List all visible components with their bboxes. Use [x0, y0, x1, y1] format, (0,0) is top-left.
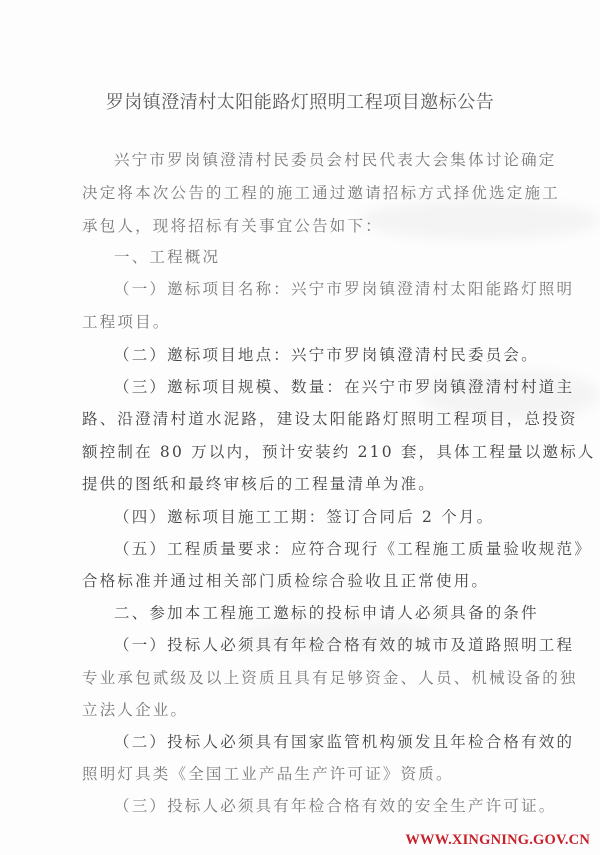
document-title: 罗岗镇澄清村太阳能路灯照明工程项目邀标公告 [0, 88, 600, 114]
paragraph-line: （三）投标人必须具有年检合格有效的安全生产许可证。 [114, 794, 600, 816]
paragraph-line: 专业承包贰级及以上资质且具有足够资金、人员、机械设备的独 [82, 666, 572, 688]
paragraph-line: （四）邀标项目施工工期：签订合同后 2 个月。 [114, 505, 600, 527]
paragraph-line: 路、沿澄清村道水泥路，建设太阳能路灯照明工程项目，总投资 [82, 407, 572, 429]
paragraph-line: 立法人企业。 [82, 698, 572, 720]
section-heading: 一、工程概况 [114, 245, 600, 267]
paragraph-line: （五）工程质量要求：应符合现行《工程施工质量验收规范》 [114, 537, 600, 559]
paragraph-line: 额控制在 80 万以内，预计安装约 210 套，具体工程量以邀标人 [82, 440, 572, 462]
paragraph-line: 承包人，现将招标有关事宜公告如下： [82, 214, 572, 236]
paragraph-line: 合格标准并通过相关部门质检综合验收且正常使用。 [82, 569, 572, 591]
paragraph-line: 决定将本次公告的工程的施工通过邀请招标方式择优选定施工 [82, 181, 572, 203]
paragraph-line: 工程项目。 [82, 310, 572, 332]
site-watermark: WWW.XINGNING.GOV.CN [405, 832, 590, 849]
paragraph-line: （二）投标人必须具有国家监管机构颁发且年检合格有效的 [114, 730, 600, 752]
paragraph-line: 照明灯具类《全国工业产品生产许可证》资质。 [82, 762, 572, 784]
paragraph-line: （一）投标人必须具有年检合格有效的城市及道路照明工程 [114, 633, 600, 655]
paragraph-line: 兴宁市罗岗镇澄清村民委员会村民代表大会集体讨论确定 [114, 148, 600, 170]
paragraph-line: 提供的图纸和最终审核后的工程量清单为准。 [82, 472, 572, 494]
paragraph-line: （一）邀标项目名称：兴宁市罗岗镇澄清村太阳能路灯照明 [114, 277, 600, 299]
paragraph-line: （三）邀标项目规模、数量：在兴宁市罗岗镇澄清村村道主 [114, 375, 600, 397]
section-heading: 二、参加本工程施工邀标的投标申请人必须具备的条件 [114, 601, 600, 623]
paragraph-line: （二）邀标项目地点：兴宁市罗岗镇澄清村民委员会。 [114, 343, 600, 365]
scanned-document-page: 罗岗镇澄清村太阳能路灯照明工程项目邀标公告 兴宁市罗岗镇澄清村民委员会村民代表大… [0, 0, 600, 855]
